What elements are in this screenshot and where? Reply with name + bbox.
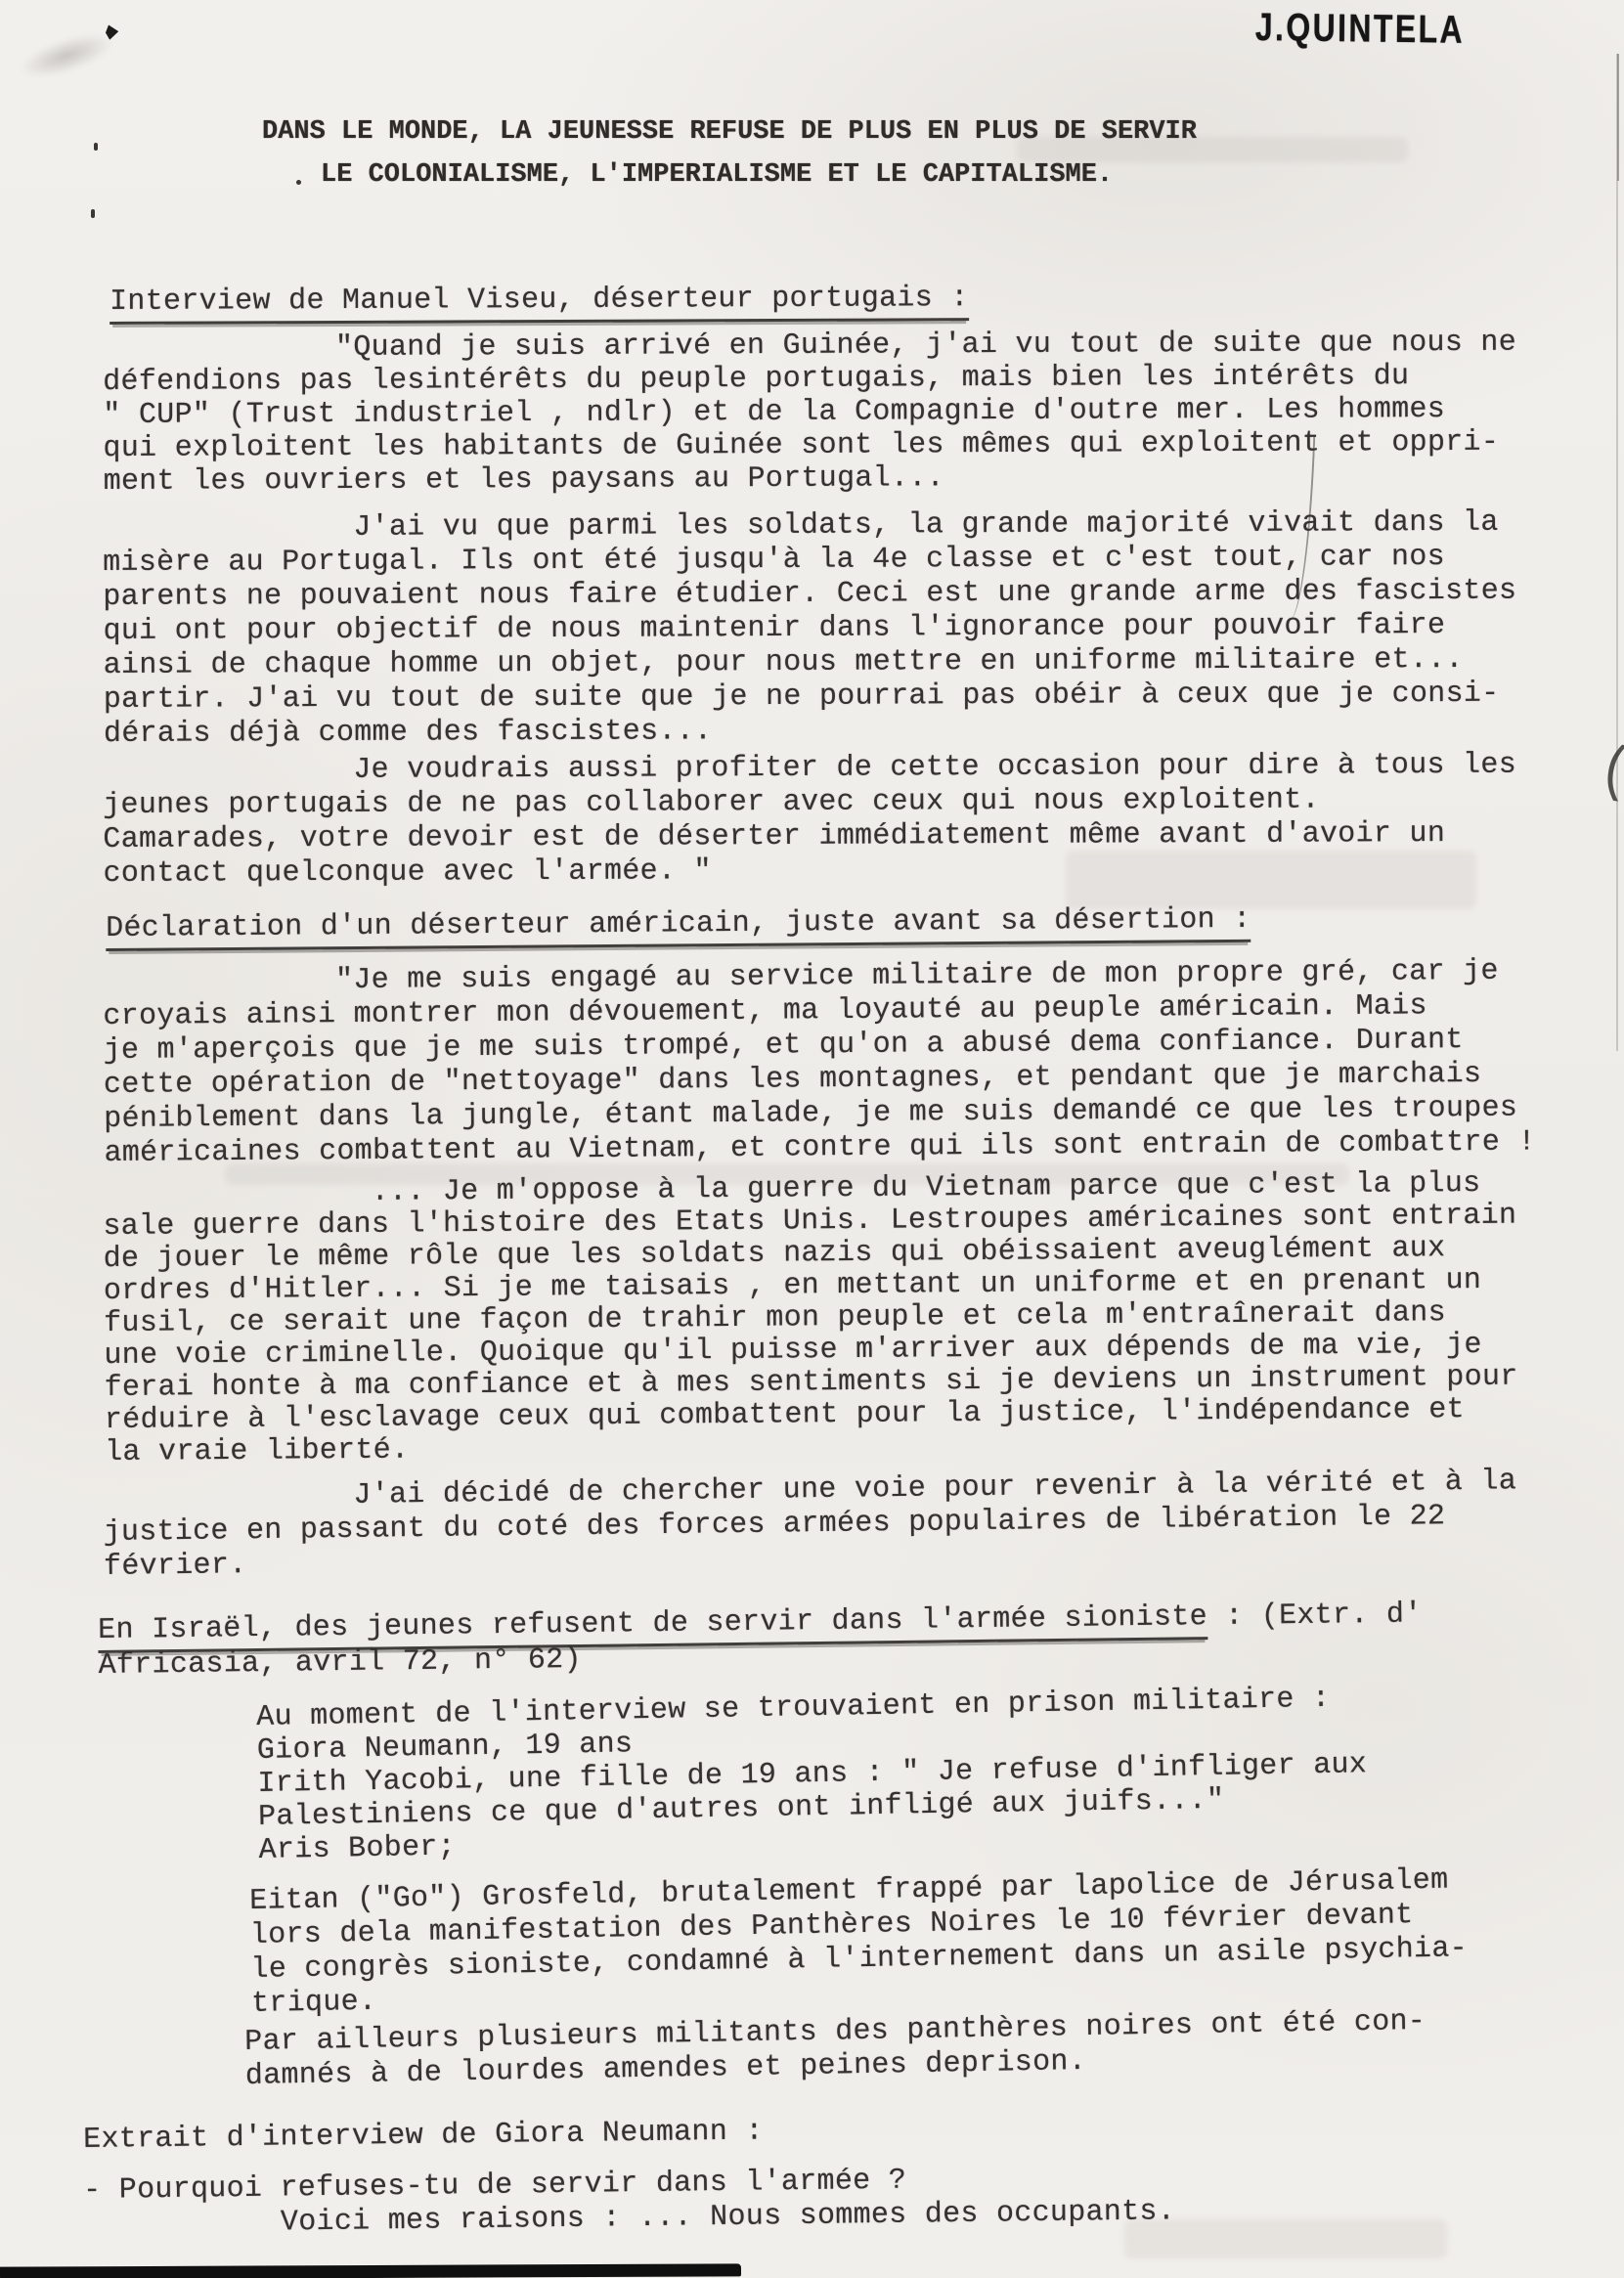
pencil-smudge-mark (15, 24, 118, 86)
owner-stamp: J.QUINTELA (1255, 6, 1466, 53)
page-edge-line (1617, 54, 1619, 181)
section-heading-deserteur-americain: Déclaration d'un déserteur américain, ju… (106, 902, 1251, 946)
paragraph-eitan-grosfeld: Eitan ("Go") Grosfeld, brutalement frapp… (249, 1863, 1469, 2022)
heading-extrait-interview: Extrait d'interview de Giora Neumann : (83, 2116, 764, 2157)
heading-underlined-text: Interview de Manuel Viseu, déserteur por… (110, 282, 969, 325)
page-edge-line (1616, 54, 1618, 1051)
section-heading-israel: En Israël, des jeunes refusent de servir… (98, 1597, 1423, 1684)
paragraph-engagement: "Je me suis engagé au service militaire … (103, 955, 1536, 1171)
scan-black-bar (0, 2263, 741, 2278)
heading-suffix: : (Extr. d' (1207, 1598, 1423, 1634)
scanned-document-page: J.QUINTELA ( DANS LE MONDE, LA JEUNESSE … (0, 0, 1624, 2278)
paragraph-opposition-vietnam: ... Je m'oppose à la guerre du Vietnam p… (103, 1168, 1518, 1469)
ink-speck (94, 143, 98, 151)
paragraph-question-reponse: - Pourquoi refuses-tu de servir dans l'a… (83, 2161, 1175, 2243)
paragraph-guinee: "Quand je suis arrivé en Guinée, j'ai vu… (103, 327, 1517, 499)
ink-speck (296, 180, 301, 185)
document-title-line2: LE COLONIALISME, L'IMPERIALISME ET LE CA… (321, 158, 1113, 192)
paragraph-misere: J'ai vu que parmi les soldats, la grande… (103, 506, 1517, 752)
paragraph-decision: J'ai décidé de chercher une voie pour re… (103, 1465, 1517, 1585)
section-heading-interview-viseu: Interview de Manuel Viseu, déserteur por… (110, 281, 969, 320)
heading-underlined-text: Déclaration d'un déserteur américain, ju… (106, 903, 1251, 951)
heading-underlined-text: En Israël, des jeunes refusent de servir… (98, 1600, 1207, 1653)
document-title-line1: DANS LE MONDE, LA JEUNESSE REFUSE DE PLU… (262, 115, 1197, 149)
paragraph-appel: Je voudrais aussi profiter de cette occa… (103, 749, 1517, 892)
paragraph-prisonniers: Au moment de l'interview se trouvaient e… (256, 1682, 1369, 1867)
heading-source-line: Africasia, avril 72, n° 62) (98, 1643, 582, 1683)
ink-speck (91, 209, 95, 218)
stray-paren-mark: ( (1595, 736, 1624, 809)
